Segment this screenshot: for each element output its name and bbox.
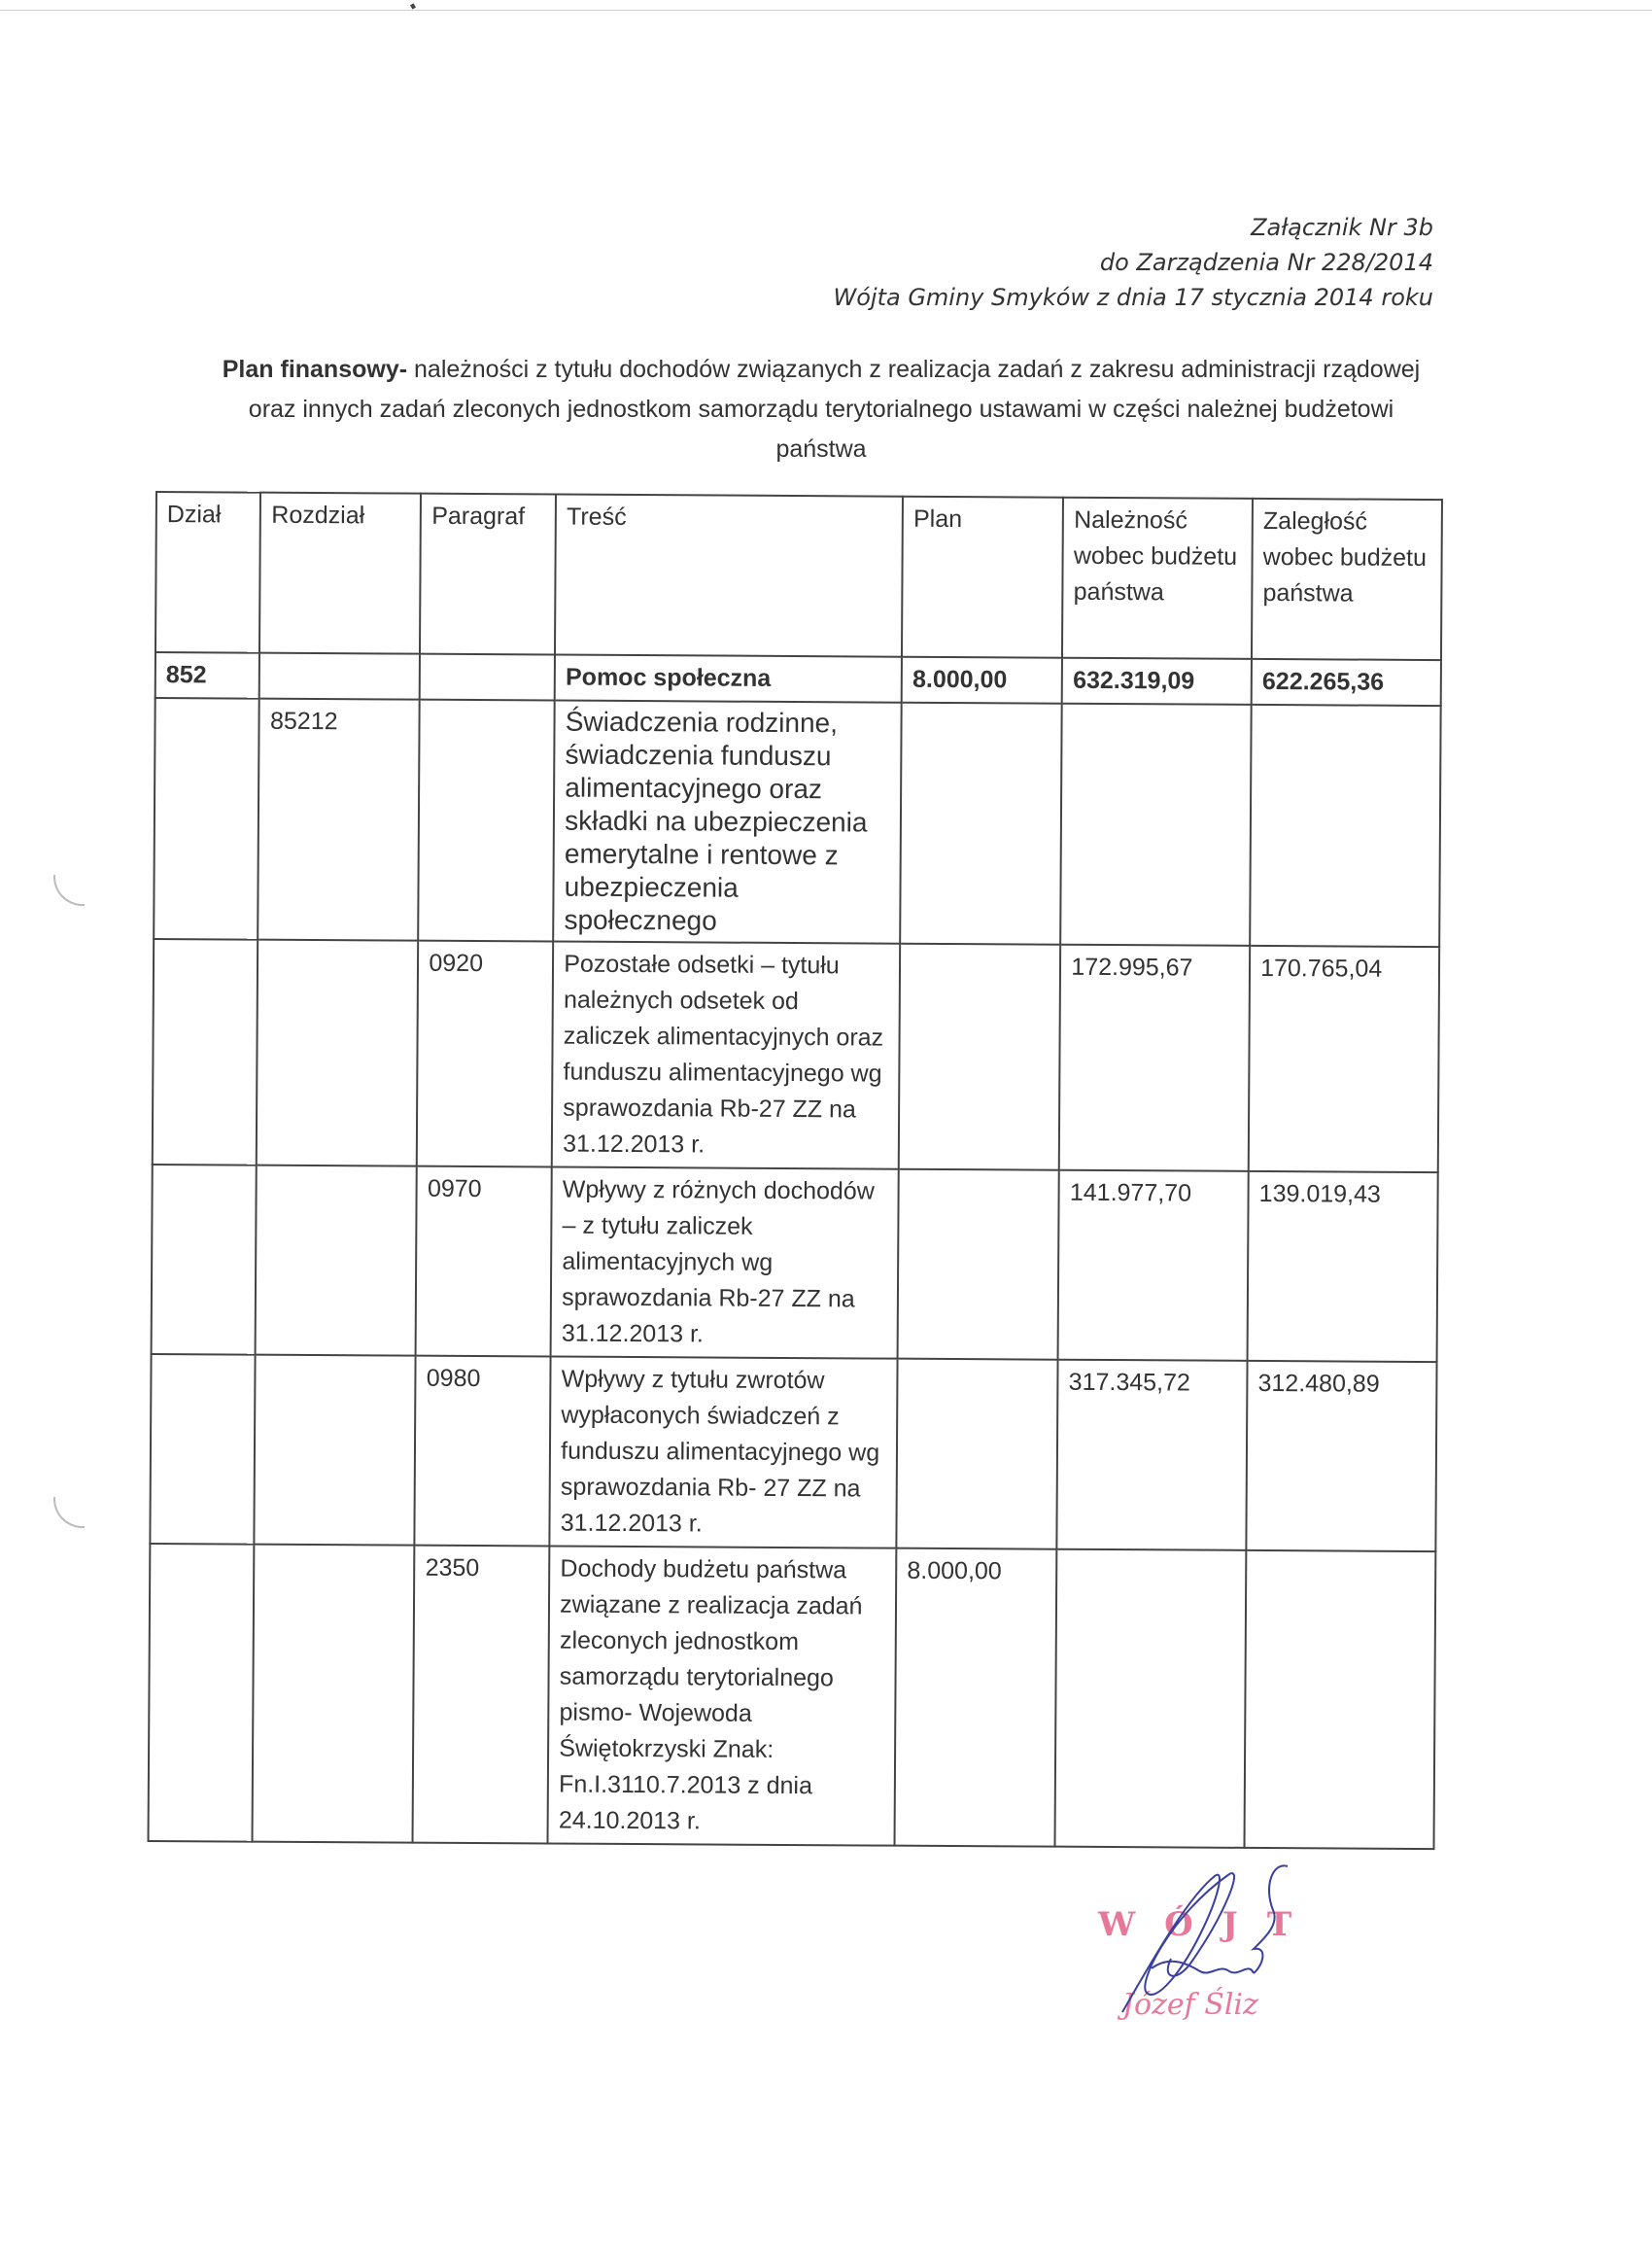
header-zaleglosc: Zaległość wobec budżetu państwa [1252,499,1442,660]
cell-zaleglosc: 622.265,36 [1252,659,1441,706]
table-row: 0980 Wpływy z tytułu zwrotów wypłaconych… [150,1354,1436,1551]
issuer-date: Wójta Gminy Smyków z dnia 17 stycznia 20… [833,280,1433,315]
cell-naleznosc: 141.977,70 [1058,1170,1249,1361]
cell-plan: 8.000,00 [902,657,1062,704]
cell-paragraf: 2350 [413,1546,550,1844]
header-naleznosc: Należność wobec budżetu państwa [1062,498,1253,659]
cell-tresc: Świadczenia rodzinne, świadczenia fundus… [553,701,902,944]
title-text: należności z tytułu dochodów związanych … [249,356,1420,463]
header-tresc: Treść [555,495,903,657]
cell-plan [900,703,1062,945]
scan-edge-line [0,10,1652,11]
cell-naleznosc: 172.995,67 [1059,945,1250,1171]
cell-plan [898,1169,1059,1360]
cell-rozdzial [253,1545,415,1843]
cell-paragraf: 0970 [416,1166,552,1357]
cell-dzial [153,939,258,1165]
cell-naleznosc: 317.345,72 [1057,1360,1248,1550]
financial-plan-table: Dział Rozdział Paragraf Treść Plan Należ… [148,491,1443,1850]
cell-paragraf [420,654,555,701]
cell-plan [899,944,1061,1170]
scan-mark [410,3,416,9]
table-row: 85212 Świadczenia rodzinne, świadczenia … [154,698,1440,947]
attachment-note: Załącznik Nr 3b do Zarządzenia Nr 228/20… [833,210,1433,315]
attachment-number: Załącznik Nr 3b [833,210,1433,245]
punch-hole-mark [53,1497,85,1528]
table-row: 852 Pomoc społeczna 8.000,00 632.319,09 … [155,652,1441,706]
cell-paragraf: 0920 [417,941,553,1167]
header-paragraf: Paragraf [420,494,556,655]
ordinance-reference: do Zarządzenia Nr 228/2014 [833,245,1433,280]
cell-dzial [154,698,259,940]
cell-dzial: 852 [155,652,260,699]
cell-paragraf [419,700,555,942]
table-row: 2350 Dochody budżetu państwa związane z … [149,1544,1436,1849]
cell-plan: 8.000,00 [895,1548,1057,1847]
cell-plan [897,1359,1058,1549]
cell-dzial [150,1354,256,1545]
official-stamp-signature: WÓJT Józef Śliz [1054,1857,1326,2041]
cell-naleznosc: 632.319,09 [1062,658,1252,705]
cell-rozdzial [257,940,418,1166]
cell-zaleglosc [1250,705,1440,947]
cell-rozdzial: 85212 [258,699,420,941]
cell-dzial [149,1544,255,1842]
cell-dzial [152,1165,258,1355]
cell-rozdzial [255,1355,416,1546]
handwritten-signature-icon [1054,1857,1326,2041]
cell-tresc: Pozostałe odsetki – tytułu należnych ods… [552,942,900,1169]
table-header-row: Dział Rozdział Paragraf Treść Plan Należ… [155,492,1442,660]
document-title: Plan finansowy- należności z tytułu doch… [204,350,1438,470]
cell-tresc: Wpływy z tytułu zwrotów wypłaconych świa… [550,1357,898,1548]
cell-zaleglosc: 312.480,89 [1246,1361,1436,1551]
header-dzial: Dział [155,492,260,653]
cell-tresc: Pomoc społeczna [555,655,902,703]
header-rozdzial: Rozdział [259,493,421,654]
cell-naleznosc [1055,1549,1247,1848]
cell-tresc: Dochody budżetu państwa związane z reali… [548,1546,897,1845]
table-row: 0970 Wpływy z różnych dochodów – z tytuł… [152,1165,1438,1362]
cell-zaleglosc: 170.765,04 [1249,946,1439,1172]
punch-hole-mark [53,875,85,906]
cell-naleznosc [1060,704,1251,946]
cell-zaleglosc [1245,1550,1436,1849]
title-bold: Plan finansowy- [223,356,407,383]
cell-zaleglosc: 139.019,43 [1248,1171,1438,1362]
table-row: 0920 Pozostałe odsetki – tytułu należnyc… [153,939,1439,1172]
header-plan: Plan [902,497,1063,658]
cell-paragraf: 0980 [415,1356,551,1547]
cell-rozdzial [259,653,420,700]
cell-tresc: Wpływy z różnych dochodów – z tytułu zal… [551,1167,899,1359]
cell-rozdzial [256,1165,417,1356]
